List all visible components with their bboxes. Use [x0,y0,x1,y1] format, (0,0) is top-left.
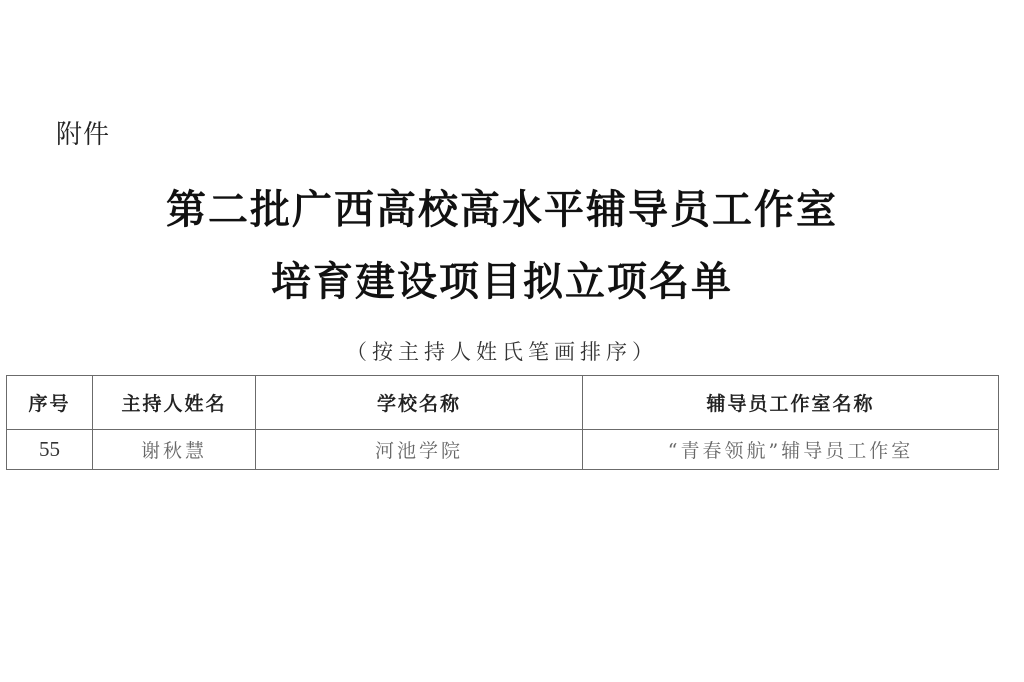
cell-school: 河池学院 [256,430,583,470]
project-list-table: 序号 主持人姓名 学校名称 辅导员工作室名称 55 谢秋慧 河池学院 “青春领航… [6,375,999,470]
table-header-row: 序号 主持人姓名 学校名称 辅导员工作室名称 [7,376,999,430]
document-title-line-1: 第二批广西高校高水平辅导员工作室 [0,178,1004,235]
attachment-label: 附件 [56,114,110,151]
sorting-note: （按主持人姓氏笔画排序） [0,336,1004,366]
header-host-name: 主持人姓名 [93,376,256,430]
header-school-name: 学校名称 [256,376,583,430]
header-studio-name: 辅导员工作室名称 [583,376,999,430]
table-row: 55 谢秋慧 河池学院 “青春领航”辅导员工作室 [7,430,999,470]
cell-index: 55 [7,430,93,470]
header-index: 序号 [7,376,93,430]
cell-host-name: 谢秋慧 [93,430,256,470]
cell-studio-name: “青春领航”辅导员工作室 [583,430,999,470]
document-title-line-2: 培育建设项目拟立项名单 [0,250,1004,307]
